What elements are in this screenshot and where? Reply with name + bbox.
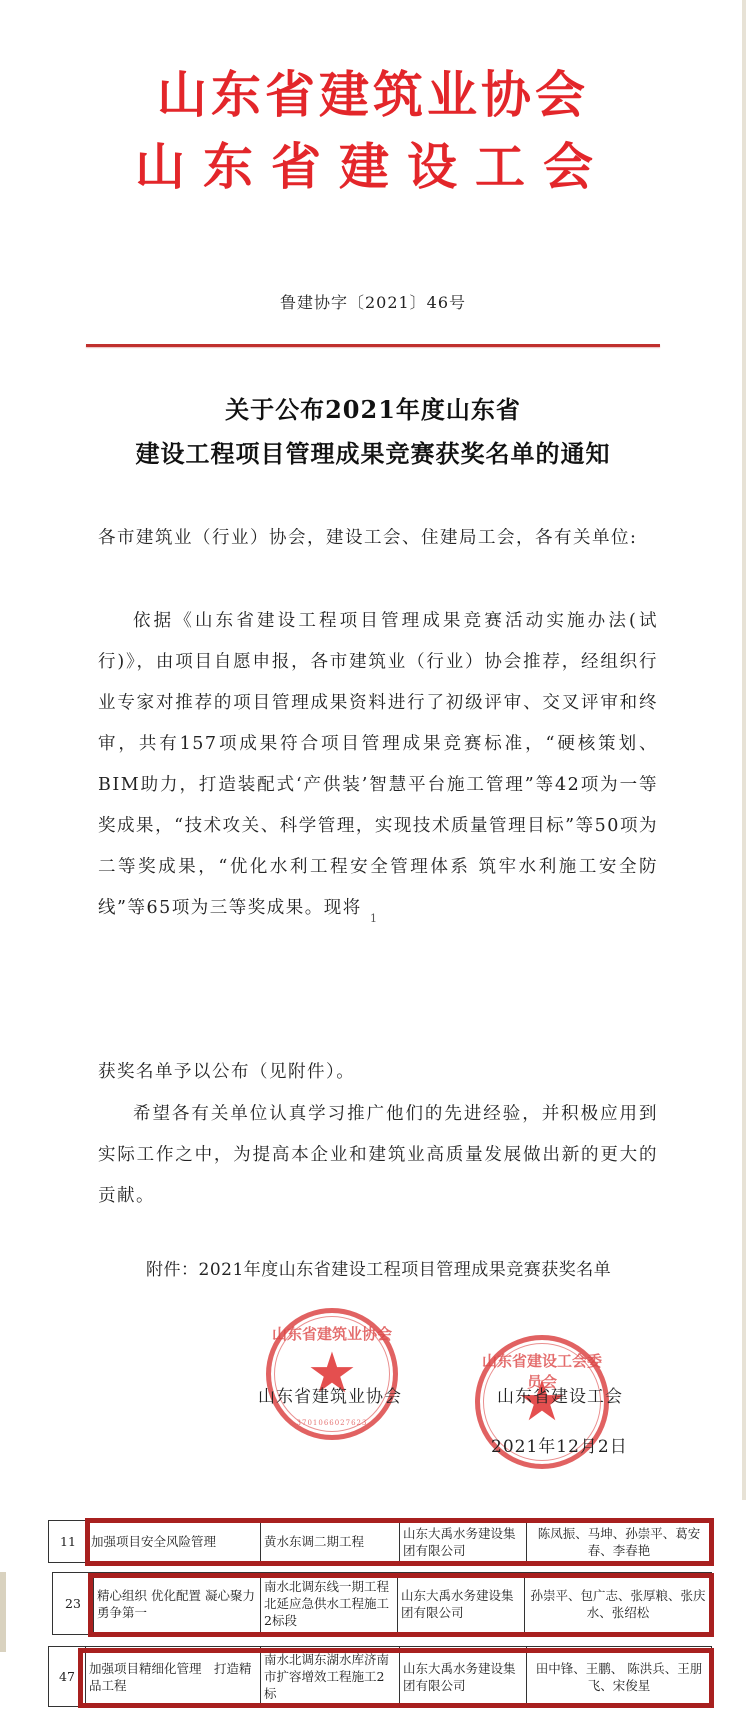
table-row: 11 加强项目安全风险管理 黄水东调二期工程 山东大禹水务建设集团有限公司 陈凤… (49, 1521, 712, 1563)
cell-number: 47 (49, 1647, 86, 1707)
cell-achievement: 精心组织 优化配置 凝心聚力 勇争第一 (94, 1573, 261, 1635)
cell-project: 黄水东调二期工程 (261, 1521, 400, 1563)
cell-project: 南水北调东线一期工程北延应急供水工程施工2标段 (261, 1573, 398, 1635)
salutation: 各市建筑业（行业）协会，建设工会、住建局工会，各有关单位: (98, 518, 658, 559)
body-paragraph-2: 希望各有关单位认真学习推广他们的先进经验，并积极应用到实际工作之中，为提高本企业… (98, 1094, 658, 1217)
cell-company: 山东大禹水务建设集团有限公司 (400, 1521, 527, 1563)
official-seal-association: 山东省建筑业协会 ★ 3701066027623 (266, 1308, 398, 1440)
award-table-fragment: 47 加强项目精细化管理 打造精品工程 南水北调东湖水库济南市扩容增效工程施工2… (48, 1646, 712, 1707)
cell-company: 山东大禹水务建设集团有限公司 (398, 1573, 525, 1635)
cell-number: 23 (53, 1573, 94, 1635)
cell-project: 南水北调东湖水库济南市扩容增效工程施工2标 (261, 1647, 400, 1707)
award-table-fragment: 11 加强项目安全风险管理 黄水东调二期工程 山东大禹水务建设集团有限公司 陈凤… (48, 1520, 712, 1563)
page-edge (742, 0, 746, 1500)
page-edge-left (0, 1572, 6, 1652)
seal-serial: 3701066027623 (271, 1419, 393, 1427)
signature-union: 山东省建设工会 (497, 1382, 623, 1407)
notice-title-line2: 建设工程项目管理成果竞赛获奖名单的通知 (0, 434, 746, 469)
notice-title-line1: 关于公布2021年度山东省 (0, 390, 746, 425)
award-table-fragment: 23 精心组织 优化配置 凝心聚力 勇争第一 南水北调东线一期工程北延应急供水工… (52, 1572, 712, 1635)
document-number: 鲁建协字〔2021〕46号 (0, 290, 746, 313)
cell-achievement: 加强项目精细化管理 打造精品工程 (86, 1647, 261, 1707)
red-divider (86, 344, 660, 347)
cell-members: 孙崇平、包广志、张厚粮、张庆水、张绍松 (525, 1573, 712, 1635)
signature-association: 山东省建筑业协会 (258, 1382, 402, 1407)
page-number: 1 (370, 912, 377, 925)
cell-achievement: 加强项目安全风险管理 (88, 1521, 261, 1563)
signature-date: 2021年12月2日 (491, 1432, 628, 1457)
table-row: 47 加强项目精细化管理 打造精品工程 南水北调东湖水库济南市扩容增效工程施工2… (49, 1647, 712, 1707)
body-paragraph-1-continued: 获奖名单予以公布（见附件）。 (98, 1052, 658, 1093)
masthead-union: 山东省建设工会 (0, 136, 746, 198)
cell-number: 11 (49, 1521, 88, 1563)
cell-members: 田中锋、王鹏、 陈洪兵、王朋飞、宋俊星 (527, 1647, 712, 1707)
masthead-association: 山东省建筑业协会 (0, 64, 746, 126)
cell-members: 陈凤振、马坤、孙崇平、葛安春、李春艳 (527, 1521, 712, 1563)
cell-company: 山东大禹水务建设集团有限公司 (400, 1647, 527, 1707)
body-paragraph-1: 依据《山东省建设工程项目管理成果竞赛活动实施办法(试行)》，由项目自愿申报，各市… (98, 601, 658, 929)
attachment-note: 附件：2021年度山东省建设工程项目管理成果竞赛获奖名单 (146, 1255, 611, 1280)
table-row: 23 精心组织 优化配置 凝心聚力 勇争第一 南水北调东线一期工程北延应急供水工… (53, 1573, 712, 1635)
